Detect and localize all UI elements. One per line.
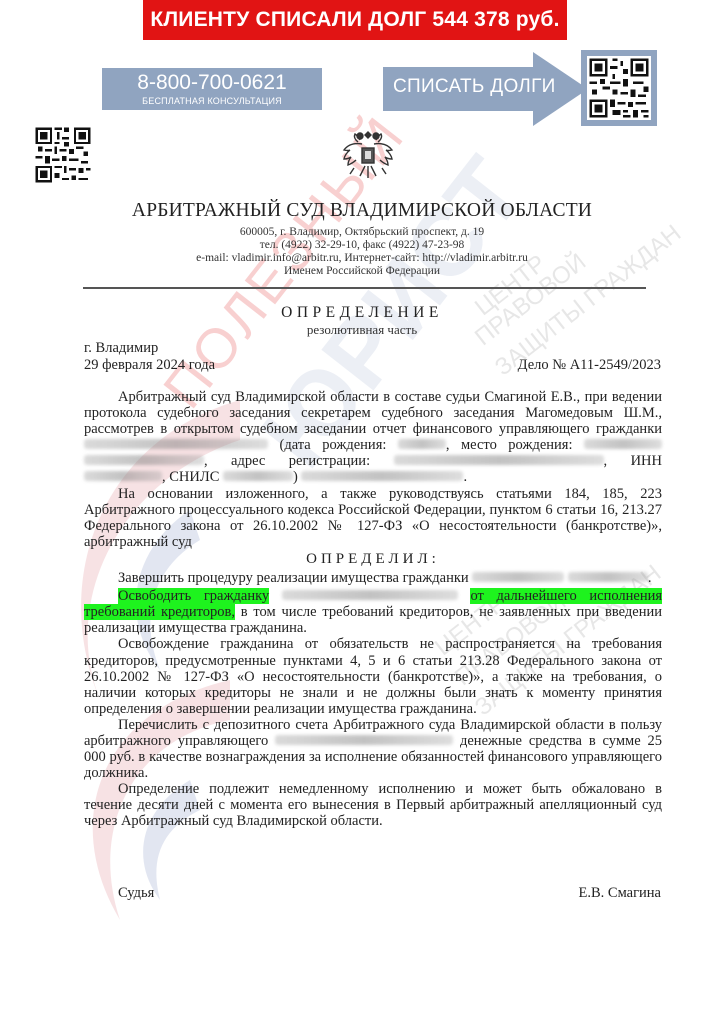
ruling-item-fee-transfer: Перечислить с депозитного счета Арбитраж… bbox=[84, 717, 662, 781]
case-number: Дело № А11-2549/2023 bbox=[518, 357, 661, 374]
ruling-text: Завершить процедуру реализации имущества… bbox=[118, 570, 472, 586]
grounds-paragraph: На основании изложенного, а также руково… bbox=[84, 486, 662, 550]
redacted-inn bbox=[84, 471, 162, 481]
document-meta-left: г. Владимир 29 февраля 2024 года bbox=[84, 340, 215, 374]
court-address: 600005, г. Владимир, Октябрьский проспек… bbox=[0, 226, 724, 240]
redacted-debtor-name bbox=[472, 572, 564, 582]
highlighted-release-text: Освободить гражданку bbox=[118, 588, 269, 604]
free-consultation-phone-button[interactable]: 8-800-700-0621 БЕСПЛАТНАЯ КОНСУЛЬТАЦИЯ bbox=[102, 68, 322, 110]
ruling-item-appeal: Определение подлежит немедленному исполн… bbox=[84, 781, 662, 829]
intro-text: ) bbox=[293, 469, 301, 485]
phone-number[interactable]: 8-800-700-0621 bbox=[102, 68, 322, 95]
debt-written-off-banner: КЛИЕНТУ СПИСАЛИ ДОЛГ 544 378 руб. bbox=[143, 0, 567, 40]
intro-text: . bbox=[463, 469, 467, 485]
russian-coat-of-arms-icon bbox=[340, 126, 396, 184]
document-title: ОПРЕДЕЛЕНИЕ bbox=[0, 304, 724, 322]
intro-text: , адрес регистрации: bbox=[204, 453, 394, 469]
write-off-debts-button[interactable]: СПИСАТЬ ДОЛГИ bbox=[383, 52, 588, 126]
redacted-debtor-name bbox=[568, 572, 648, 582]
ruling-text: . bbox=[648, 570, 652, 586]
court-name: АРБИТРАЖНЫЙ СУД ВЛАДИМИРСКОЙ ОБЛАСТИ bbox=[0, 200, 724, 222]
qr-code-icon[interactable] bbox=[33, 125, 93, 185]
qr-code-right[interactable] bbox=[581, 50, 657, 126]
ruling-item-release-from-obligations: Освободить гражданку от дальнейшего испо… bbox=[84, 588, 662, 636]
signature-name: Е.В. Смагина bbox=[579, 885, 662, 902]
signature-role: Судья bbox=[118, 885, 154, 902]
qr-code-icon bbox=[587, 56, 651, 120]
redacted-debtor-name bbox=[282, 590, 458, 600]
document-body: Арбитражный суд Владимирской области в с… bbox=[84, 389, 662, 830]
ruling-heading: ОПРЕДЕЛИЛ: bbox=[84, 551, 662, 567]
in-name-of-federation: Именем Российской Федерации bbox=[0, 265, 724, 279]
intro-text: , ИНН bbox=[604, 453, 662, 469]
redacted-snils bbox=[223, 471, 293, 481]
ruling-item-exceptions: Освобождение гражданина от обязательств … bbox=[84, 636, 662, 716]
header-divider bbox=[83, 287, 646, 289]
redacted-manager-name bbox=[301, 471, 463, 481]
ruling-item-complete-procedure: Завершить процедуру реализации имущества… bbox=[84, 570, 662, 586]
write-off-debts-label: СПИСАТЬ ДОЛГИ bbox=[393, 76, 543, 98]
intro-paragraph: Арбитражный суд Владимирской области в с… bbox=[84, 389, 662, 486]
document-date: 29 февраля 2024 года bbox=[84, 357, 215, 374]
redacted-birth-place bbox=[584, 439, 662, 449]
redacted-address bbox=[394, 455, 604, 465]
court-contacts[interactable]: e-mail: vladimir.info@arbitr.ru, Интерне… bbox=[0, 252, 724, 266]
redacted-birth-date bbox=[398, 439, 446, 449]
redacted-debtor-name bbox=[84, 439, 268, 449]
intro-text: (дата рождения: bbox=[268, 437, 398, 453]
phone-subtitle: БЕСПЛАТНАЯ КОНСУЛЬТАЦИЯ bbox=[102, 95, 322, 107]
intro-text: Арбитражный суд Владимирской области в с… bbox=[84, 389, 662, 437]
intro-text: , место рождения: bbox=[446, 437, 584, 453]
city: г. Владимир bbox=[84, 340, 215, 357]
document-subtitle: резолютивная часть bbox=[0, 322, 724, 338]
intro-text: , СНИЛС bbox=[162, 469, 223, 485]
redacted-birth-place bbox=[84, 455, 204, 465]
redacted-manager-name bbox=[275, 735, 453, 745]
court-phones: тел. (4922) 32-29-10, факс (4922) 47-23-… bbox=[0, 239, 724, 253]
